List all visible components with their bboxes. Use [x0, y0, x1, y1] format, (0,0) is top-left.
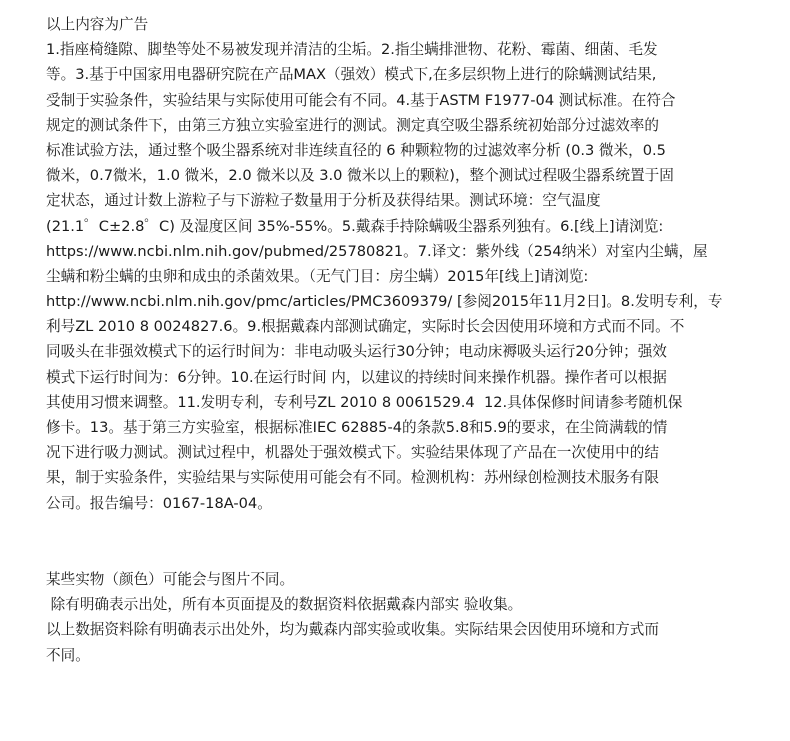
results-notice-cont: 不同。 [46, 643, 766, 668]
footnote-line: 利号ZL 2010 8 0024827.6。9.根据戴森内部测试确定，实际时长会… [46, 314, 766, 339]
footnote-line: 定状态，通过计数上游粒子与下游粒子数量用于分析及获得结果。测试环境：空气温度 [46, 188, 766, 213]
footnote-line: 规定的测试条件下，由第三方独立实验室进行的测试。测定真空吸尘器系统初始部分过滤效… [46, 113, 766, 138]
footer-notes: 某些实物（颜色）可能会与图片不同。 除有明确表示出处，所有本页面提及的数据资料依… [46, 567, 766, 668]
footnote-line: (21.1゜C±2.8゜C) 及湿度区间 35%-55%。5.戴森手持除螨吸尘器… [46, 214, 766, 239]
footnote-line: 果，制于实验条件，实验结果与实际使用可能会有不同。检测机构：苏州绿创检测技术服务… [46, 465, 766, 490]
footnote-url-line: https://www.ncbi.nlm.nih.gov/pubmed/2578… [46, 239, 766, 264]
footnote-line: 模式下运行时间为：6分钟。10.在运行时间 内，以建议的持续时间来操作机器。操作… [46, 365, 766, 390]
footnote-line: 修卡。13。基于第三方实验室，根据标准IEC 62885-4的条款5.8和5.9… [46, 415, 766, 440]
footnote-line: 受制于实验条件，实验结果与实际使用可能会有不同。4.基于ASTM F1977-0… [46, 88, 766, 113]
footnote-url-line: http://www.ncbi.nlm.nih.gov/pmc/articles… [46, 289, 766, 314]
footnote-line: 等。3.基于中国家用电器研究院在产品MAX（强效）模式下,在多层织物上进行的除螨… [46, 62, 766, 87]
footnote-line: 其使用习惯来调整。11.发明专利，专利号ZL 2010 8 0061529.4 … [46, 390, 766, 415]
color-notice: 某些实物（颜色）可能会与图片不同。 [46, 567, 766, 592]
results-notice: 以上数据资料除有明确表示出处外，均为戴森内部实验或收集。实际结果会因使用环境和方… [46, 617, 766, 642]
footnote-line: 况下进行吸力测试。测试过程中，机器处于强效模式下。实验结果体现了产品在一次使用中… [46, 440, 766, 465]
footnote-line: 微米，0.7微米，1.0 微米，2.0 微米以及 3.0 微米以上的颗粒)，整个… [46, 163, 766, 188]
footnote-line: 尘螨和粉尘螨的虫卵和成虫的杀菌效果。（无气门目：房尘螨）2015年[线上]请浏览… [46, 264, 766, 289]
advertisement-disclaimer: 以上内容为广告 1.指座椅缝隙、脚垫等处不易被发现并清洁的尘垢。2.指尘螨排泄物… [46, 12, 766, 516]
data-source-notice: 除有明确表示出处，所有本页面提及的数据资料依据戴森内部实 验收集。 [46, 592, 766, 617]
disclaimer-heading: 以上内容为广告 [46, 12, 766, 37]
footnote-line: 同吸头在非强效模式下的运行时间为：非电动吸头运行30分钟；电动床褥吸头运行20分… [46, 339, 766, 364]
footnote-line: 公司。报告编号：0167-18A-04。 [46, 491, 766, 516]
footnote-line: 标准试验方法，通过整个吸尘器系统对非连续直径的 6 种颗粒物的过滤效率分析 (0… [46, 138, 766, 163]
footnote-line: 1.指座椅缝隙、脚垫等处不易被发现并清洁的尘垢。2.指尘螨排泄物、花粉、霉菌、细… [46, 37, 766, 62]
disclaimer-page: 以上内容为广告 1.指座椅缝隙、脚垫等处不易被发现并清洁的尘垢。2.指尘螨排泄物… [0, 0, 790, 741]
